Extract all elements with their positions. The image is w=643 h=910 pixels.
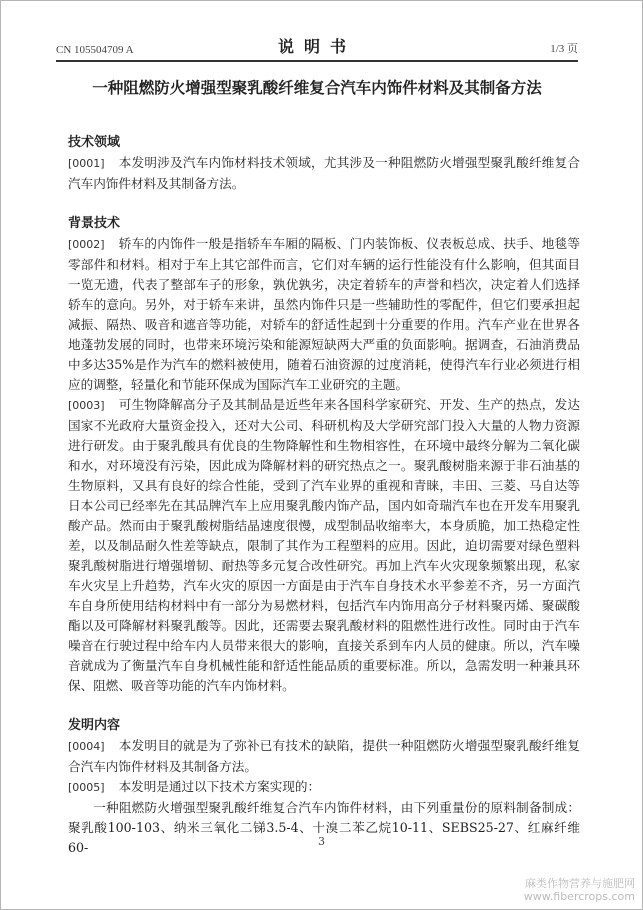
paragraph-text: 本发明目的就是为了弥补已有技术的缺陷，提供一种阻燃防火增强型聚乳酸纤维复合汽车内… xyxy=(68,738,580,774)
section-heading-invention-content: 发明内容 xyxy=(68,716,580,736)
document-title: 一种阻燃防火增强型聚乳酸纤维复合汽车内饰件材料及其制备方法 xyxy=(56,76,578,101)
paragraph-composition: 一种阻燃防火增强型聚乳酸纤维复合汽车内饰件材料，由下列重量份的原料制备制成：聚乳… xyxy=(68,798,580,858)
paragraph-number: [0004] xyxy=(68,740,105,753)
spacer xyxy=(68,696,580,716)
paragraph-number: [0005] xyxy=(68,781,105,794)
section-heading-background: 背景技术 xyxy=(68,214,580,234)
watermark: 麻类作物营养与施肥网 www.fibercrops.com xyxy=(524,877,635,903)
spacer xyxy=(68,194,580,214)
document-type: 说明书 xyxy=(56,34,578,57)
watermark-site-name: 麻类作物营养与施肥网 xyxy=(524,877,635,890)
paragraph-0001: [0001]本发明涉及汽车内饰材料技术领域，尤其涉及一种阻燃防火增强型聚乳酸纤维… xyxy=(68,153,580,194)
paragraph-0002: [0002]轿车的内饰件一般是指轿车车厢的隔板、门内装饰板、仪表板总成、扶手、地… xyxy=(68,234,580,395)
paragraph-0005: [0005]本发明是通过以下技术方案实现的： xyxy=(68,777,580,798)
paragraph-number: [0003] xyxy=(68,399,105,412)
page-number: 3 xyxy=(0,835,643,848)
watermark-url: www.fibercrops.com xyxy=(524,890,635,903)
paragraph-text: 本发明涉及汽车内饰材料技术领域，尤其涉及一种阻燃防火增强型聚乳酸纤维复合汽车内饰… xyxy=(68,155,580,191)
page-header: CN 105504709 A 说明书 1/3 页 xyxy=(56,36,578,62)
paragraph-number: [0001] xyxy=(68,157,105,170)
section-heading-technical-field: 技术领域 xyxy=(68,133,580,153)
paragraph-text: 可生物降解高分子及其制品是近些年来各国科学家研究、开发、生产的热点，发达国家不光… xyxy=(68,397,580,693)
paragraph-text: 本发明是通过以下技术方案实现的： xyxy=(119,779,321,794)
paragraph-0004: [0004]本发明目的就是为了弥补已有技术的缺陷，提供一种阻燃防火增强型聚乳酸纤… xyxy=(68,736,580,777)
paragraph-number: [0002] xyxy=(68,238,105,251)
document-body: 技术领域 [0001]本发明涉及汽车内饰材料技术领域，尤其涉及一种阻燃防火增强型… xyxy=(68,133,580,858)
paragraph-text: 轿车的内饰件一般是指轿车车厢的隔板、门内装饰板、仪表板总成、扶手、地毯等零部件和… xyxy=(68,236,580,392)
paragraph-0003: [0003]可生物降解高分子及其制品是近些年来各国科学家研究、开发、生产的热点，… xyxy=(68,395,580,696)
page-indicator: 1/3 页 xyxy=(550,40,578,56)
